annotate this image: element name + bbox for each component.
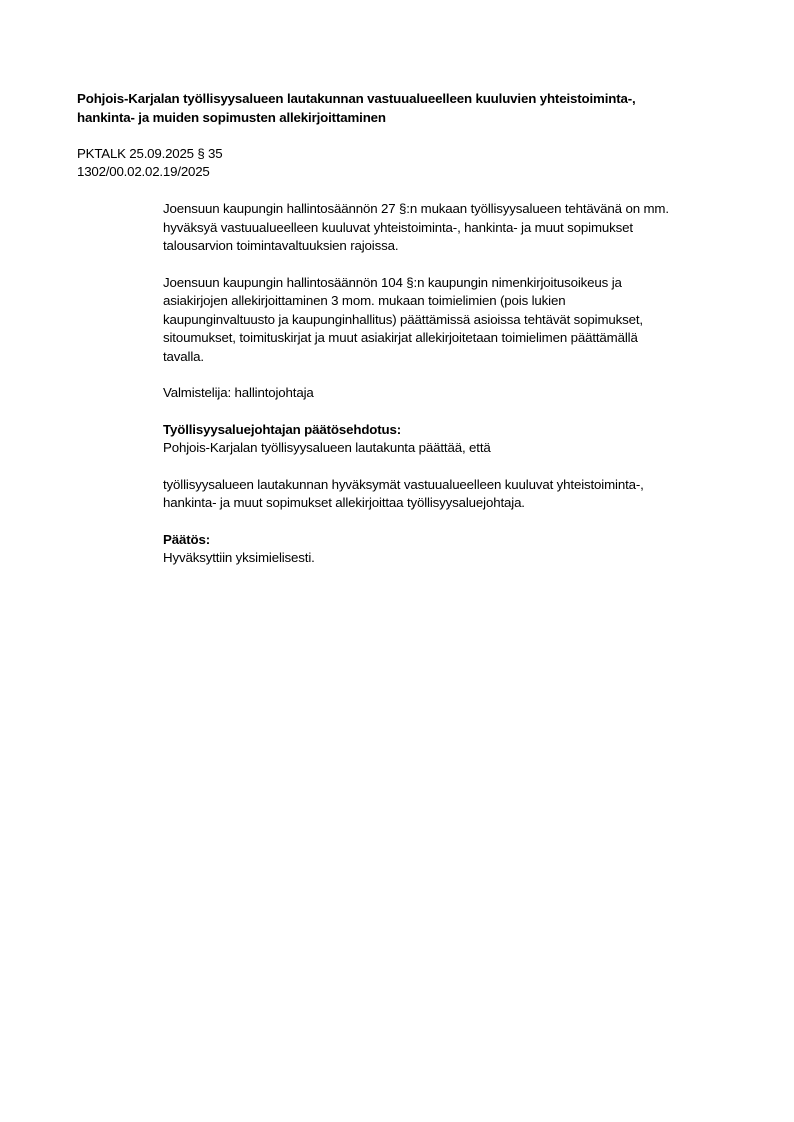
paragraph-regulation-27: Joensuun kaupungin hallintosäännön 27 §:… — [163, 200, 753, 256]
proposal-section: Työllisyysaluejohtajan päätösehdotus: Po… — [163, 421, 753, 458]
text-line: hankinta- ja muut sopimukset allekirjoit… — [163, 494, 753, 513]
paragraph-regulation-104: Joensuun kaupungin hallintosäännön 104 §… — [163, 274, 753, 367]
preparer: Valmistelija: hallintojohtaja — [163, 384, 753, 403]
decision-text: Hyväksyttiin yksimielisesti. — [163, 549, 753, 568]
document-title: Pohjois-Karjalan työllisyysalueen lautak… — [77, 89, 737, 127]
record-number: 1302/00.02.02.19/2025 — [77, 163, 222, 181]
title-line: Pohjois-Karjalan työllisyysalueen lautak… — [77, 89, 737, 108]
proposal-heading: Työllisyysaluejohtajan päätösehdotus: — [163, 421, 753, 440]
text-line: talousarvion toimintavaltuuksien rajoiss… — [163, 237, 753, 256]
document-page: Pohjois-Karjalan työllisyysalueen lautak… — [0, 0, 794, 1122]
text-line: sitoumukset, toimituskirjat ja muut asia… — [163, 329, 753, 348]
proposal-body: työllisyysalueen lautakunnan hyväksymät … — [163, 476, 753, 513]
document-meta: PKTALK 25.09.2025 § 35 1302/00.02.02.19/… — [77, 145, 222, 181]
text-line: asiakirjojen allekirjoittaminen 3 mom. m… — [163, 292, 753, 311]
preparer-text: Valmistelija: hallintojohtaja — [163, 384, 753, 403]
proposal-intro: Pohjois-Karjalan työllisyysalueen lautak… — [163, 439, 753, 458]
decision-heading: Päätös: — [163, 531, 753, 550]
document-body: Joensuun kaupungin hallintosäännön 27 §:… — [163, 200, 753, 568]
text-line: Joensuun kaupungin hallintosäännön 104 §… — [163, 274, 753, 293]
text-line: hyväksyä vastuualueelleen kuuluvat yhtei… — [163, 219, 753, 238]
title-line: hankinta- ja muiden sopimusten allekirjo… — [77, 108, 737, 127]
meeting-reference: PKTALK 25.09.2025 § 35 — [77, 145, 222, 163]
text-line: kaupunginvaltuusto ja kaupunginhallitus)… — [163, 311, 753, 330]
text-line: Joensuun kaupungin hallintosäännön 27 §:… — [163, 200, 753, 219]
decision-section: Päätös: Hyväksyttiin yksimielisesti. — [163, 531, 753, 568]
text-line: työllisyysalueen lautakunnan hyväksymät … — [163, 476, 753, 495]
text-line: tavalla. — [163, 348, 753, 367]
